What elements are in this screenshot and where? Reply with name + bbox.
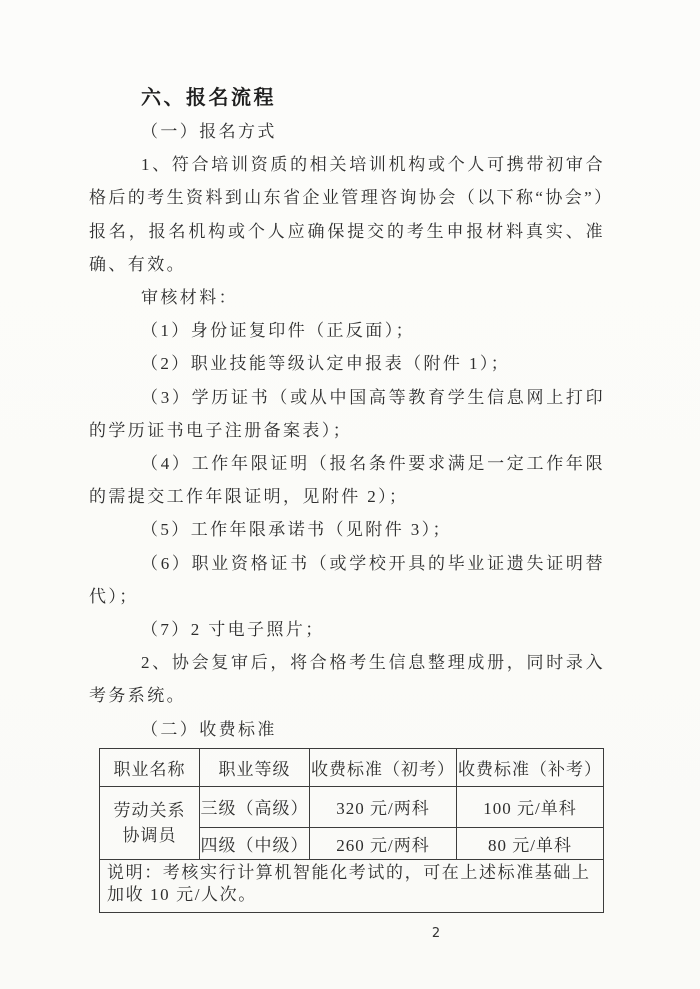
list-item-work-years-proof: （4）工作年限证明（报名条件要求满足一定工作年限的需提交工作年限证明，见附件 2…	[89, 447, 605, 513]
list-item-application-form: （2）职业技能等级认定申报表（附件 1）；	[89, 347, 605, 380]
retake-fee-cell: 80 元/单科	[457, 827, 604, 859]
paragraph-registration-step-2: 2、协会复审后，将合格考生信息整理成册，同时录入考务系统。	[89, 646, 605, 712]
paragraph-review-materials-label: 审核材料：	[89, 281, 605, 314]
header-first-exam-fee: 收费标准（初考）	[310, 748, 457, 786]
list-item-id-copy: （1）身份证复印件（正反面）；	[89, 314, 605, 347]
level-cell: 三级（高级）	[200, 786, 310, 827]
first-exam-fee-cell: 320 元/两科	[310, 786, 457, 827]
occupation-name-cell: 劳动关系 协调员	[100, 786, 200, 859]
document-page: 六、报名流程 （一）报名方式 1、符合培训资质的相关培训机构或个人可携带初审合格…	[0, 0, 700, 989]
header-occupation-level: 职业等级	[200, 748, 310, 786]
header-occupation-name: 职业名称	[100, 748, 200, 786]
section-heading: 六、报名流程	[89, 82, 605, 115]
list-item-photo: （7）2 寸电子照片；	[89, 613, 605, 646]
fee-table-row: 劳动关系 协调员 三级（高级） 320 元/两科 100 元/单科	[100, 786, 604, 827]
list-item-diploma: （3）学历证书（或从中国高等教育学生信息网上打印的学历证书电子注册备案表）；	[89, 381, 605, 447]
occupation-name-line2: 协调员	[100, 823, 199, 848]
level-cell: 四级（中级）	[200, 827, 310, 859]
first-exam-fee-cell: 260 元/两科	[310, 827, 457, 859]
paragraph-registration-step-1: 1、符合培训资质的相关培训机构或个人可携带初审合格后的考生资料到山东省企业管理咨…	[89, 148, 605, 281]
subsection-title-fee-standard: （二）收费标准	[89, 713, 605, 746]
document-content: 六、报名流程 （一）报名方式 1、符合培训资质的相关培训机构或个人可携带初审合格…	[0, 0, 605, 941]
header-retake-fee: 收费标准（补考）	[457, 748, 604, 786]
fee-table-note-row: 说明：考核实行计算机智能化考试的，可在上述标准基础上加收 10 元/人次。	[100, 859, 604, 912]
page-number: 2	[178, 926, 694, 941]
fee-table: 职业名称 职业等级 收费标准（初考） 收费标准（补考） 劳动关系 协调员 三级（…	[99, 748, 604, 913]
fee-table-note: 说明：考核实行计算机智能化考试的，可在上述标准基础上加收 10 元/人次。	[100, 859, 604, 912]
list-item-work-years-commitment: （5）工作年限承诺书（见附件 3）；	[89, 513, 605, 546]
list-item-qualification-certificate: （6）职业资格证书（或学校开具的毕业证遗失证明替代）；	[89, 547, 605, 613]
fee-table-header-row: 职业名称 职业等级 收费标准（初考） 收费标准（补考）	[100, 748, 604, 786]
subsection-title-registration-method: （一）报名方式	[89, 115, 605, 148]
retake-fee-cell: 100 元/单科	[457, 786, 604, 827]
occupation-name-line1: 劳动关系	[100, 798, 199, 823]
